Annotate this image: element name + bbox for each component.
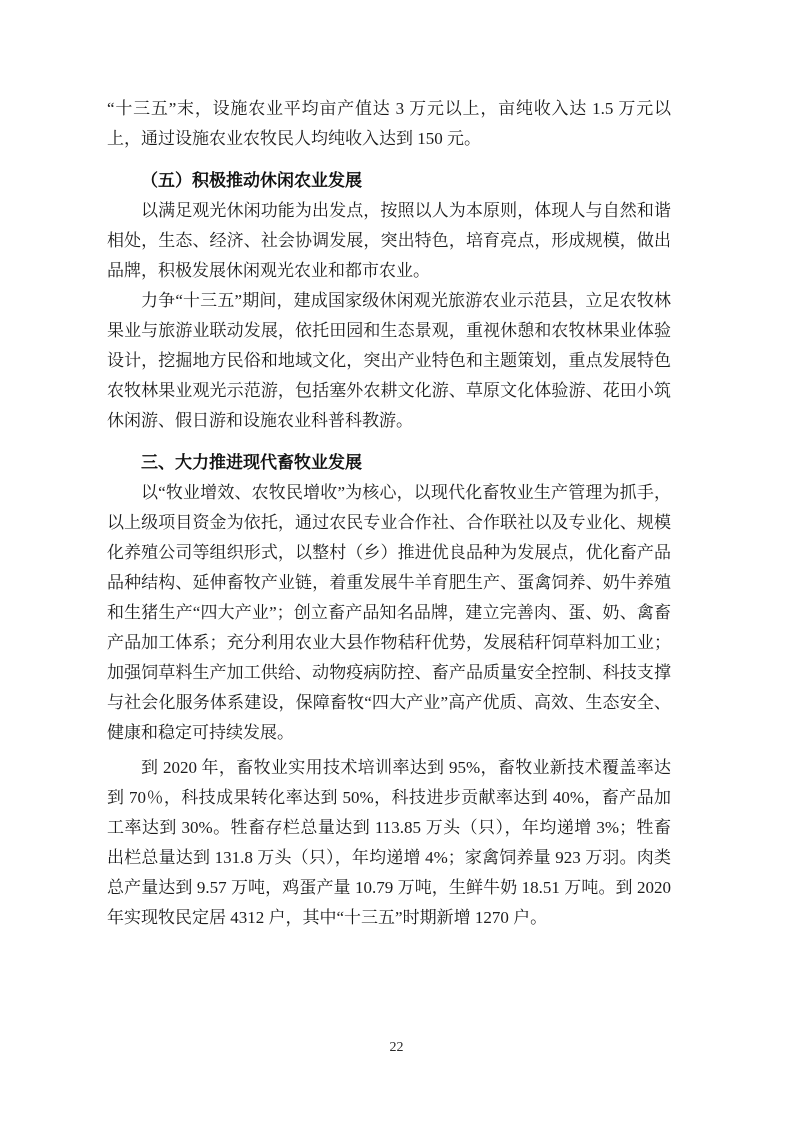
page-number: 22 — [0, 1038, 793, 1058]
document-page: “十三五”末，设施农业平均亩产值达 3 万元以上，亩纯收入达 1.5 万元以上，… — [0, 0, 793, 1122]
paragraph-animal-husbandry-targets: 到 2020 年，畜牧业实用技术培训率达到 95%，畜牧业新技术覆盖率达到 70… — [107, 753, 671, 933]
document-body: “十三五”末，设施农业平均亩产值达 3 万元以上，亩纯收入达 1.5 万元以上，… — [107, 94, 671, 933]
section-heading-leisure-agriculture: （五）积极推动休闲农业发展 — [107, 166, 671, 196]
paragraph-leisure-agriculture-goals: 力争“十三五”期间，建成国家级休闲观光旅游农业示范县，立足农牧林果业与旅游业联动… — [107, 286, 671, 436]
section-heading-animal-husbandry: 三、大力推进现代畜牧业发展 — [107, 448, 671, 478]
paragraph-leisure-agriculture-principles: 以满足观光休闲功能为出发点，按照以人为本原则，体现人与自然和谐相处，生态、经济、… — [107, 196, 671, 286]
paragraph-facility-agriculture-continuation: “十三五”末，设施农业平均亩产值达 3 万元以上，亩纯收入达 1.5 万元以上，… — [107, 94, 671, 154]
paragraph-animal-husbandry-strategy: 以“牧业增效、农牧民增收”为核心，以现代化畜牧业生产管理为抓手，以上级项目资金为… — [107, 478, 671, 748]
